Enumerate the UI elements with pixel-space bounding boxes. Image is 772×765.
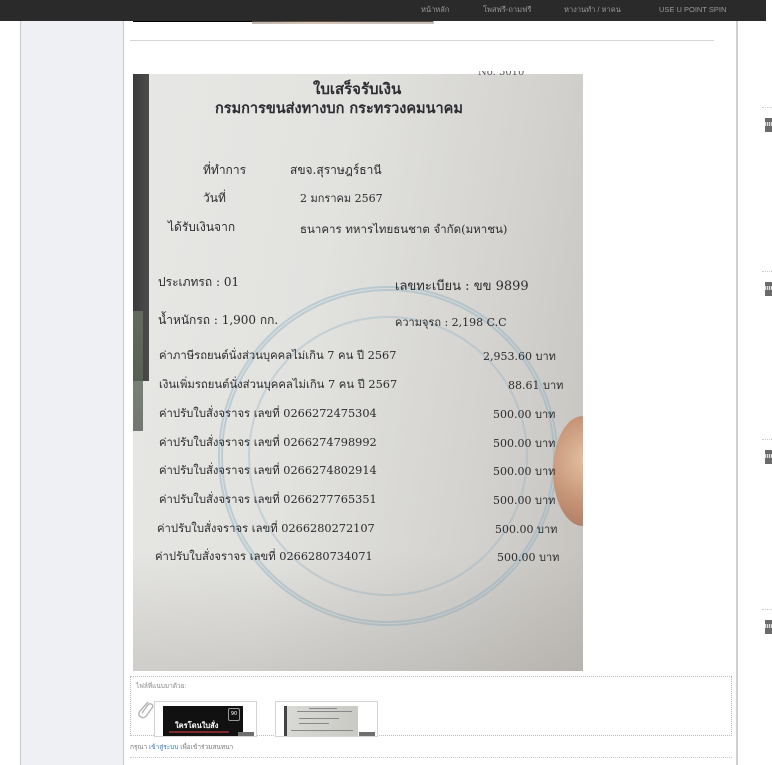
photo-finger: [553, 416, 583, 526]
nav-jobs[interactable]: หางานทำ / หาคน: [564, 0, 621, 19]
line-item-description: ค่าปรับใบสั่งจราจร เลขที่ 0266277765351: [159, 490, 377, 508]
receipt-subtitle: กรมการขนส่งทางบก กระทรวงคมนาคม: [215, 97, 463, 120]
thumbnail-1-image: 90 ใครโดนใบสั่ง: [163, 706, 243, 737]
sidebar-thumbnail-icon[interactable]: [765, 450, 772, 464]
vehicle-weight: น้ำหนักรถ : 1,900 กก.: [158, 311, 278, 330]
nav-home-label[interactable]: หน้าหลัก: [421, 4, 449, 16]
attachments-box: ไฟล์ที่แนบมาด้วย: 90 ใครโดนใบสั่ง: [130, 676, 732, 736]
line-item-description: เงินเพิ่มรถยนต์นั่งส่วนบุคคลไม่เกิน 7 คน…: [159, 375, 397, 393]
thumbnail-2-line: [299, 723, 329, 724]
thumbnail-2-line: [299, 718, 339, 719]
office-value: สขจ.สุราษฎร์ธานี: [290, 161, 382, 180]
date-value: 2 มกราคม 2567: [300, 189, 383, 207]
thumbnail-2-image: [284, 706, 358, 737]
sidebar-separator: [762, 609, 772, 610]
attachment-thumbnail-2[interactable]: [275, 701, 378, 737]
thumbnail-1-subtext: [169, 731, 229, 733]
line-item-amount: 500.00 บาท: [493, 491, 555, 509]
sidebar-separator: [762, 107, 772, 108]
bottom-divider: [130, 757, 732, 758]
plate-number: เลขทะเบียน : ขข 9899: [395, 275, 529, 296]
vehicle-type: ประเภทรถ : 01: [158, 273, 239, 292]
sidebar-separator: [762, 439, 772, 440]
nav-free-post-label[interactable]: โพสฟรี-ถามฟรี: [483, 4, 531, 16]
line-item-description: ค่าปรับใบสั่งจราจร เลขที่ 0266280272107: [157, 519, 375, 537]
engine-cc: ความจุรถ : 2,198 C.C: [395, 313, 507, 331]
post-author-sidebar: [20, 21, 124, 765]
sidebar-thumbnail-icon[interactable]: [765, 118, 772, 132]
thumbnail-1-overlay: [238, 732, 254, 736]
payer-value: ธนาคาร ทหารไทยธนชาต จำกัด(มหาชน): [300, 221, 507, 239]
topbar-edge: [766, 0, 772, 21]
thumbnail-2-line: [309, 708, 337, 709]
thumbnail-2-line: [291, 730, 353, 731]
login-prompt: กรุณา เข้าสู่ระบบ เพื่อเข้าร่วมสนทนา: [130, 742, 233, 752]
nav-home[interactable]: หน้าหลัก: [421, 0, 449, 19]
office-label: ที่ทำการ: [203, 161, 246, 180]
login-prompt-prefix: กรุณา: [130, 744, 149, 751]
line-item-description: ค่าปรับใบสั่งจราจร เลขที่ 0266274798992: [159, 433, 377, 451]
date-label: วันที่: [203, 189, 226, 208]
login-link[interactable]: เข้าสู่ระบบ: [149, 744, 179, 751]
line-item-amount: 500.00 บาท: [493, 462, 555, 480]
nav-free-post[interactable]: โพสฟรี-ถามฟรี: [483, 0, 531, 19]
attachment-thumbnail-1[interactable]: 90 ใครโดนใบสั่ง: [154, 701, 257, 737]
paperclip-icon: [136, 699, 154, 721]
nav-upoint-spin-label[interactable]: USE U POINT SPIN: [659, 5, 726, 14]
line-item-amount: 88.61 บาท: [508, 376, 563, 394]
post-divider: [130, 40, 714, 41]
photo-background-blur: [133, 311, 143, 431]
sidebar-separator: [762, 271, 772, 272]
photo-shadow: [133, 551, 583, 671]
sidebar-thumbnail-icon[interactable]: [765, 282, 772, 296]
post-header-image-edge: [252, 21, 434, 24]
line-item-amount: 500.00 บาท: [493, 434, 555, 452]
line-item-amount: 500.00 บาท: [493, 405, 555, 423]
payer-label: ได้รับเงินจาก: [168, 218, 235, 237]
sidebar-thumbnail-icon[interactable]: [765, 620, 772, 634]
top-nav-bar: หน้าหลัก โพสฟรี-ถามฟรี หางานทำ / หาคน US…: [0, 0, 772, 21]
login-prompt-suffix: เพื่อเข้าร่วมสนทนา: [178, 744, 233, 751]
line-item-description: ค่าปรับใบสั่งจราจร เลขที่ 0266280734071: [155, 547, 373, 565]
line-item-amount: 500.00 บาท: [497, 548, 559, 566]
receipt-photo[interactable]: No. 5010 ใบเสร็จรับเงิน กรมการขนส่งทางบก…: [133, 71, 583, 671]
line-item-description: ค่าปรับใบสั่งจราจร เลขที่ 0266272475304: [159, 404, 377, 422]
nav-jobs-label[interactable]: หางานทำ / หาคน: [564, 4, 621, 16]
thumbnail-1-badge: 90: [228, 708, 240, 721]
line-item-description: ค่าภาษีรถยนต์นั่งส่วนบุคคลไม่เกิน 7 คน ป…: [159, 346, 396, 364]
line-item-amount: 2,953.60 บาท: [483, 347, 556, 365]
line-item-description: ค่าปรับใบสั่งจราจร เลขที่ 0266274802914: [159, 461, 377, 479]
line-item-amount: 500.00 บาท: [495, 520, 557, 538]
right-sidebar: [740, 21, 772, 765]
attachments-label: ไฟล์ที่แนบมาด้วย:: [136, 681, 186, 691]
nav-upoint-spin[interactable]: USE U POINT SPIN: [659, 0, 726, 19]
receipt-number: No. 5010: [478, 71, 524, 78]
post-content: No. 5010 ใบเสร็จรับเงิน กรมการขนส่งทางบก…: [124, 21, 738, 765]
thumbnail-2-overlay: [359, 732, 375, 736]
thumbnail-2-line: [297, 711, 352, 712]
